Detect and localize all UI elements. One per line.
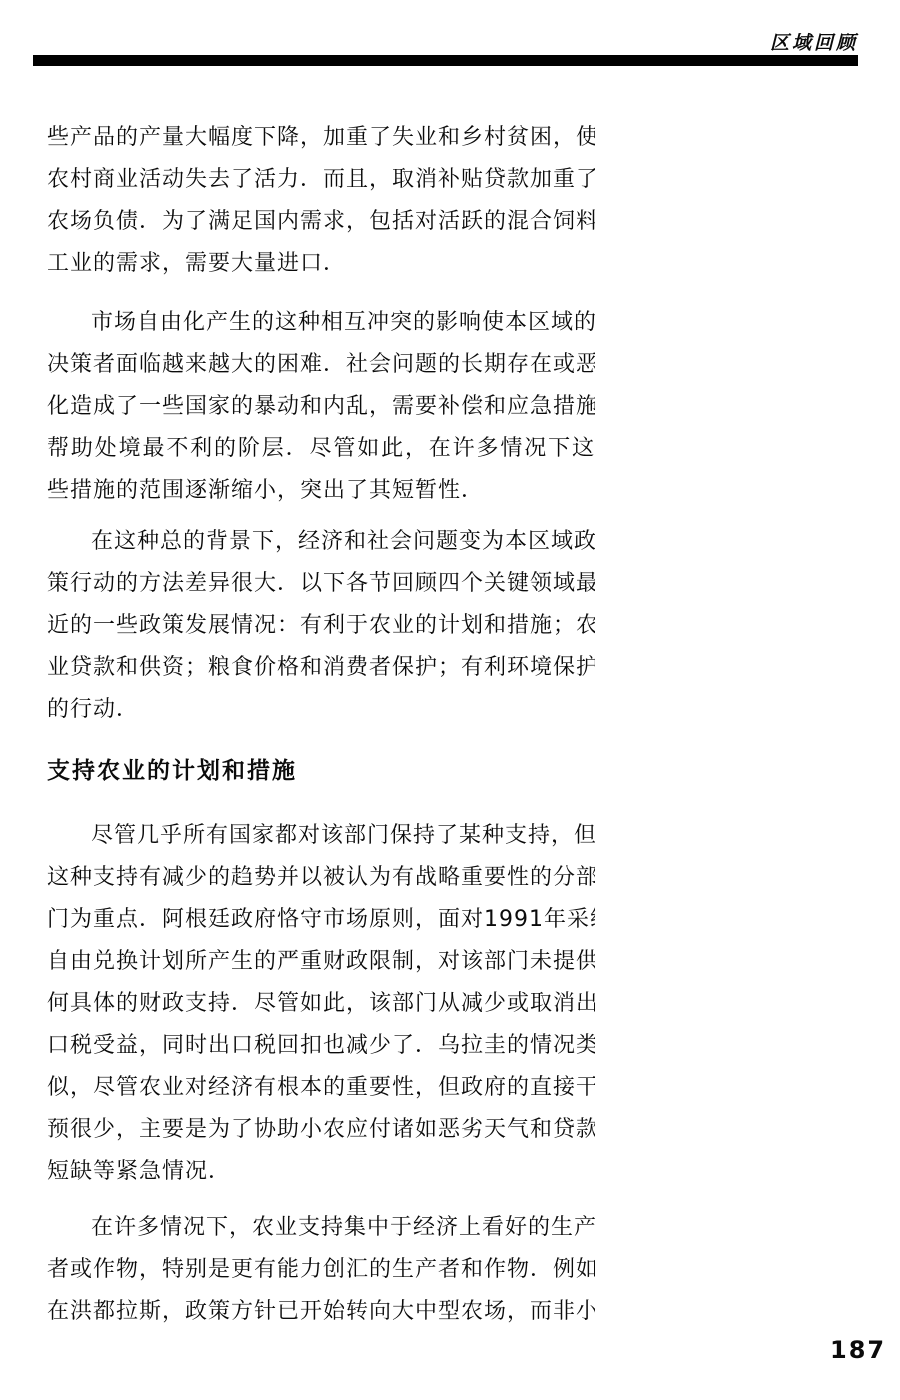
text-line: 预很少，主要是为了协助小农应付诸如恶劣天气和贷款 xyxy=(47,1109,595,1151)
running-header: 区域回顾 xyxy=(0,28,858,55)
text-line: 策行动的方法差异很大．以下各节回顾四个关键领域最 xyxy=(47,563,595,605)
text-line: 口税受益，同时出口税回扣也减少了．乌拉圭的情况类 xyxy=(47,1025,595,1067)
text-line: 何具体的财政支持．尽管如此，该部门从减少或取消出 xyxy=(47,983,595,1025)
text-line: 些措施的范围逐渐缩小，突出了其短暂性． xyxy=(47,470,595,512)
document-page: 区域回顾 些产品的产量大幅度下降，加重了失业和乡村贫困，使农村商业活动失去了活力… xyxy=(0,0,900,1400)
text-line: 帮助处境最不利的阶层．尽管如此，在许多情况下这 xyxy=(47,428,595,470)
text-line: 尽管几乎所有国家都对该部门保持了某种支持，但 xyxy=(47,815,595,857)
text-line: 些产品的产量大幅度下降，加重了失业和乡村贫困，使 xyxy=(47,117,595,159)
text-line: 在许多情况下，农业支持集中于经济上看好的生产 xyxy=(47,1207,595,1249)
text-line: 近的一些政策发展情况：有利于农业的计划和措施；农 xyxy=(47,605,595,647)
text-line: 门为重点．阿根廷政府恪守市场原则，面对1991年采纳 xyxy=(47,899,595,941)
text-line: 市场自由化产生的这种相互冲突的影响使本区域的 xyxy=(47,302,595,344)
text-line: 自由兑换计划所产生的严重财政限制，对该部门未提供任 xyxy=(47,941,595,983)
header-rule xyxy=(33,55,858,66)
text-line: 这种支持有减少的趋势并以被认为有战略重要性的分部 xyxy=(47,857,595,899)
body-paragraph: 在这种总的背景下，经济和社会问题变为本区域政策行动的方法差异很大．以下各节回顾四… xyxy=(47,521,595,731)
text-line: 的行动． xyxy=(47,689,595,731)
text-line: 似，尽管农业对经济有根本的重要性，但政府的直接干 xyxy=(47,1067,595,1109)
text-line: 农场负债．为了满足国内需求，包括对活跃的混合饲料 xyxy=(47,201,595,243)
text-line: 决策者面临越来越大的困难．社会问题的长期存在或恶 xyxy=(47,344,595,386)
body-paragraph: 些产品的产量大幅度下降，加重了失业和乡村贫困，使农村商业活动失去了活力．而且，取… xyxy=(47,117,595,285)
body-paragraph: 市场自由化产生的这种相互冲突的影响使本区域的决策者面临越来越大的困难．社会问题的… xyxy=(47,302,595,512)
body-paragraph: 在许多情况下，农业支持集中于经济上看好的生产者或作物，特别是更有能力创汇的生产者… xyxy=(47,1207,595,1333)
section-heading: 支持农业的计划和措施 xyxy=(47,750,297,792)
text-line: 业贷款和供资；粮食价格和消费者保护；有利环境保护 xyxy=(47,647,595,689)
body-paragraph: 尽管几乎所有国家都对该部门保持了某种支持，但这种支持有减少的趋势并以被认为有战略… xyxy=(47,815,595,1193)
text-line: 者或作物，特别是更有能力创汇的生产者和作物．例如 xyxy=(47,1249,595,1291)
text-line: 在这种总的背景下，经济和社会问题变为本区域政 xyxy=(47,521,595,563)
text-line: 农村商业活动失去了活力．而且，取消补贴贷款加重了 xyxy=(47,159,595,201)
text-line: 短缺等紧急情况． xyxy=(47,1151,595,1193)
text-line: 工业的需求，需要大量进口． xyxy=(47,243,595,285)
page-number: 187 xyxy=(830,1336,886,1364)
text-line: 在洪都拉斯，政策方针已开始转向大中型农场，而非小 xyxy=(47,1291,595,1333)
text-line: 化造成了一些国家的暴动和内乱，需要补偿和应急措施 xyxy=(47,386,595,428)
